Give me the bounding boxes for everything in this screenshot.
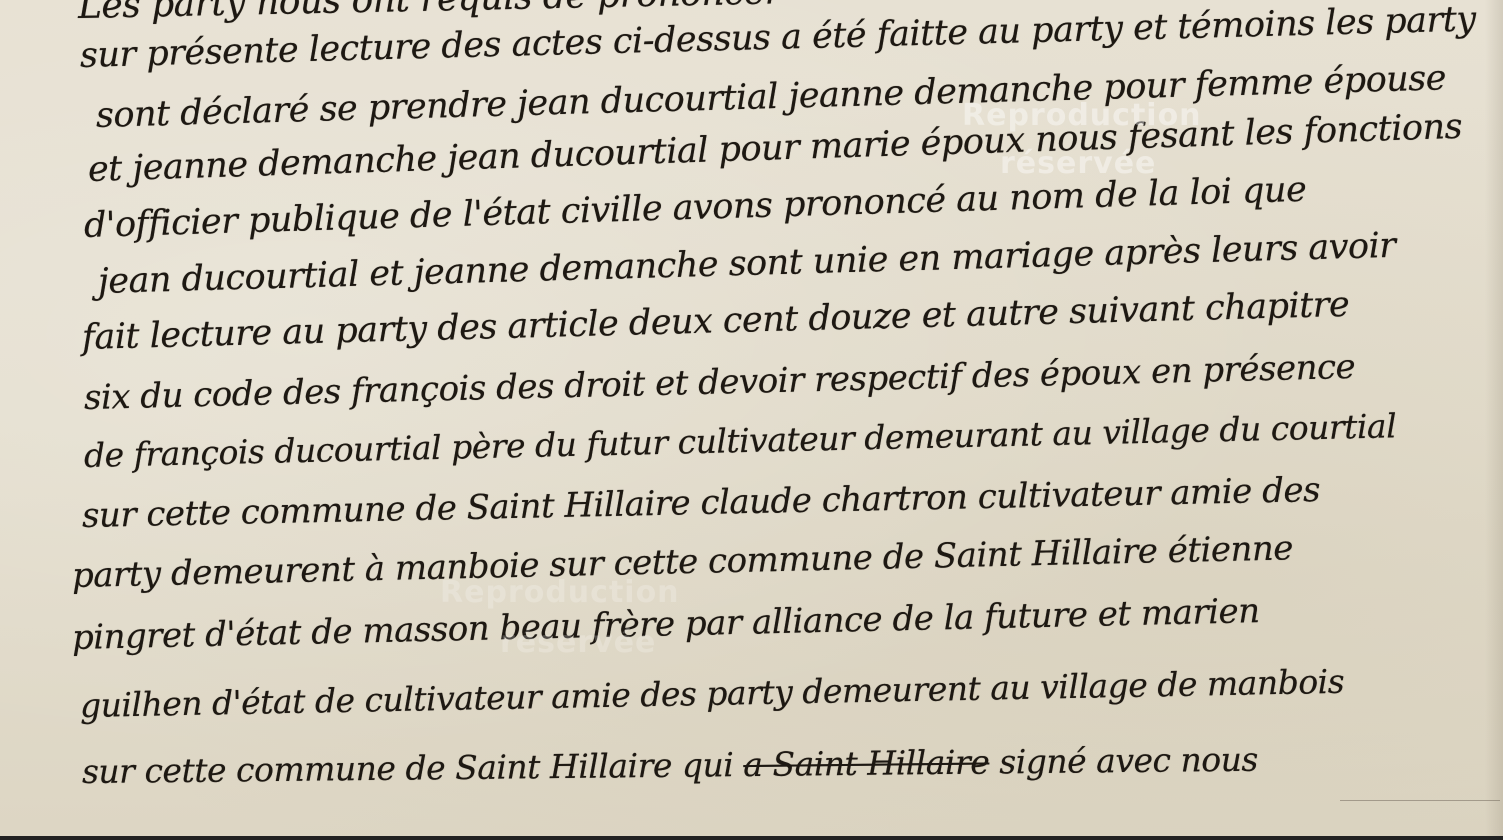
manuscript-page: Les party nous ont requis de prononcer s… <box>0 0 1503 836</box>
manuscript-line-12: pingret d'état de masson beau frère par … <box>72 591 1260 658</box>
line-14-text-after: signé avec nous <box>989 740 1258 782</box>
manuscript-line-9: de françois ducourtial père du futur cul… <box>84 406 1397 475</box>
manuscript-line-14: sur cette commune de Saint Hillaire qui … <box>82 740 1258 791</box>
manuscript-line-13: guilhen d'état de cultivateur amie des p… <box>80 662 1345 725</box>
manuscript-line-8: six du code des françois des droit et de… <box>84 347 1356 418</box>
bottom-edge-bar <box>0 836 1503 840</box>
manuscript-line-10: sur cette commune de Saint Hillaire clau… <box>82 470 1321 536</box>
trailing-rule <box>1340 800 1500 801</box>
manuscript-line-11: party demeurent à manboie sur cette comm… <box>72 528 1294 596</box>
struck-through-text: a Saint Hillaire <box>743 742 989 784</box>
line-14-text-before: sur cette commune de Saint Hillaire qui <box>82 745 744 791</box>
